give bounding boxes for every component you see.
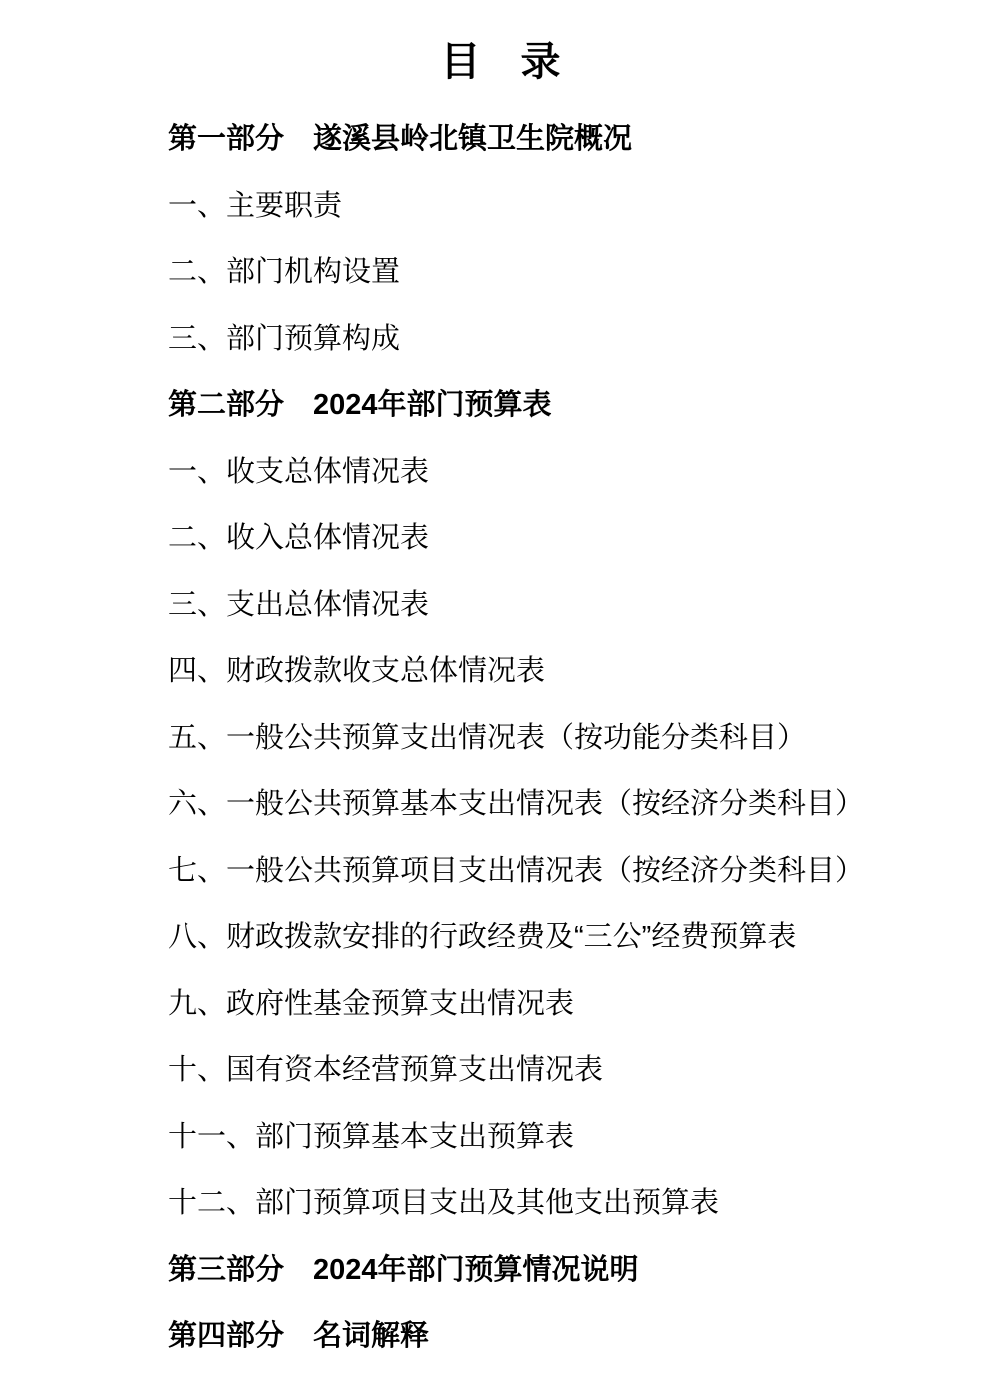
toc-item-state-capital-budget: 十、国有资本经营预算支出情况表 (168, 1037, 941, 1104)
toc-item-public-budget-basic-economic: 六、一般公共预算基本支出情况表（按经济分类科目） (168, 771, 941, 838)
toc-item-dept-project-other-expense: 十二、部门预算项目支出及其他支出预算表 (168, 1170, 941, 1237)
toc-item-expense-overview: 三、支出总体情况表 (168, 572, 941, 639)
toc-item-main-duties: 一、主要职责 (168, 173, 941, 240)
toc-item-org-structure: 二、部门机构设置 (168, 239, 941, 306)
table-of-contents: 第一部分 遂溪县岭北镇卫生院概况 一、主要职责 二、部门机构设置 三、部门预算构… (0, 106, 1001, 1370)
toc-item-public-budget-expense-functional: 五、一般公共预算支出情况表（按功能分类科目） (168, 705, 941, 772)
toc-item-admin-three-public-funds: 八、财政拨款安排的行政经费及“三公”经费预算表 (168, 904, 941, 971)
page-title: 目 录 (0, 0, 1001, 90)
toc-item-dept-basic-expense-budget: 十一、部门预算基本支出预算表 (168, 1104, 941, 1171)
toc-item-income-expense-overview: 一、收支总体情况表 (168, 439, 941, 506)
toc-section-part2: 第二部分 2024年部门预算表 (168, 372, 941, 439)
toc-section-part3: 第三部分 2024年部门预算情况说明 (168, 1237, 941, 1304)
toc-section-part1: 第一部分 遂溪县岭北镇卫生院概况 (168, 106, 941, 173)
toc-item-govt-fund-budget: 九、政府性基金预算支出情况表 (168, 971, 941, 1038)
toc-item-budget-makeup: 三、部门预算构成 (168, 306, 941, 373)
toc-item-income-overview: 二、收入总体情况表 (168, 505, 941, 572)
toc-section-part4: 第四部分 名词解释 (168, 1303, 941, 1370)
toc-item-fiscal-allocation-overview: 四、财政拨款收支总体情况表 (168, 638, 941, 705)
toc-item-public-budget-project-economic: 七、一般公共预算项目支出情况表（按经济分类科目） (168, 838, 941, 905)
document-page: 目 录 第一部分 遂溪县岭北镇卫生院概况 一、主要职责 二、部门机构设置 三、部… (0, 0, 1001, 1383)
